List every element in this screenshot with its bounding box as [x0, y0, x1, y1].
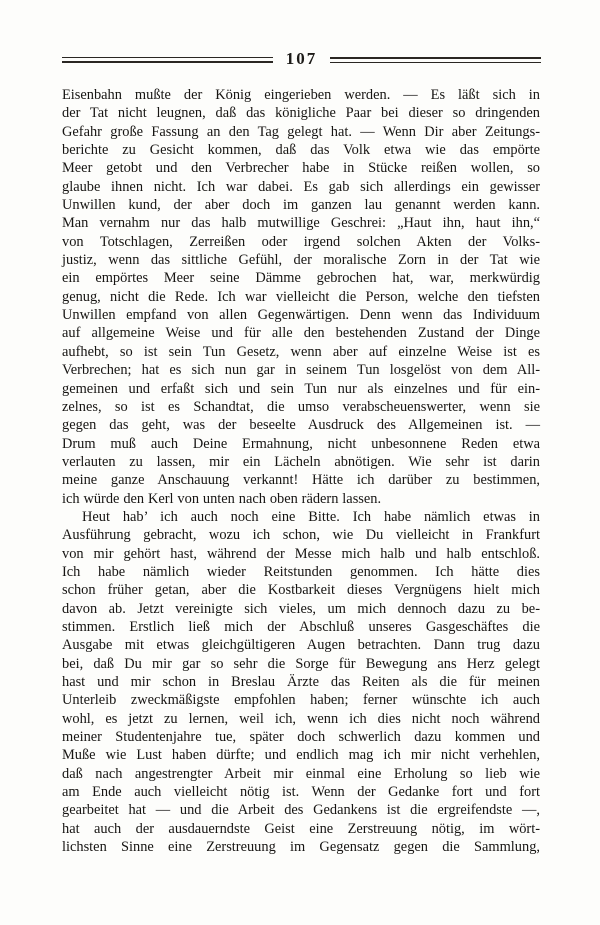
- text-line: Man vernahm nur das halb mutwillige Gesc…: [62, 214, 540, 232]
- text-line: gearbeitet hat — und die Arbeit des Geda…: [62, 801, 540, 819]
- running-head: 107: [62, 51, 541, 69]
- text-line: meiner Studentenjahre tue, später doch s…: [62, 728, 540, 746]
- text-line: hast und mir schon in Breslau Ärzte das …: [62, 673, 540, 691]
- text-line: ein empörtes Meer seine Dämme gebrochen …: [62, 269, 540, 287]
- text-line: zelnes, so ist es Schandtat, die umso ve…: [62, 398, 540, 416]
- text-line: Ausführung gebracht, wozu ich schon, wie…: [62, 526, 540, 544]
- text-line: stimmen. Erstlich ließ mich der Abschluß…: [62, 618, 540, 636]
- text-line: Verbrechen; hat es sich nun gar in seine…: [62, 361, 540, 379]
- text-line: justiz, wenn das sittliche Gefühl, der m…: [62, 251, 540, 269]
- text-line: Ausgabe mit etwas gleichgültigeren Augen…: [62, 636, 540, 654]
- book-page: 107 Eisenbahn mußte der König eingeriebe…: [0, 0, 600, 925]
- text-line: Heut hab’ ich auch noch eine Bitte. Ich …: [62, 508, 540, 526]
- text-line: Drum muß auch Deine Ermahnung, nicht unb…: [62, 435, 540, 453]
- text-line: Gefahr große Fassung an den Tag gelegt h…: [62, 123, 540, 141]
- text-line: ich würde den Kerl von unten nach oben r…: [62, 490, 540, 508]
- text-line: von Totschlagen, Zerreißen oder irgend s…: [62, 233, 540, 251]
- text-line: Eisenbahn mußte der König eingerieben we…: [62, 86, 540, 104]
- text-line: daß nach angestrengter Arbeit mir einmal…: [62, 765, 540, 783]
- page-number: 107: [273, 49, 331, 69]
- text-line: gegen das geht, was der beseelte Ausdruc…: [62, 416, 540, 434]
- text-line: gemeinen und erfaßt sich und sein Tun nu…: [62, 380, 540, 398]
- text-line: aufhebt, so ist sein Tun Gesetz, wenn ab…: [62, 343, 540, 361]
- body-text: Eisenbahn mußte der König eingerieben we…: [62, 86, 540, 856]
- text-line: Ich habe nämlich wieder Reitstunden geno…: [62, 563, 540, 581]
- text-line: hat auch der ausdauerndste Geist eine Ze…: [62, 820, 540, 838]
- text-line: Meer getobt und den Verbrecher habe in S…: [62, 159, 540, 177]
- text-line: verlauten zu lassen, mir ein Lächeln abn…: [62, 453, 540, 471]
- text-line: Muße wie Lust haben dürfte; und endlich …: [62, 746, 540, 764]
- text-line: lichsten Sinne eine Zerstreuung im Gegen…: [62, 838, 540, 856]
- header-rule-right: [330, 57, 541, 63]
- text-line: der Tat nicht leugnen, daß das königlich…: [62, 104, 540, 122]
- text-line: glaube ihnen nicht. Ich war dabei. Es ga…: [62, 178, 540, 196]
- text-line: meine ganze Anschauung verkannt! Hätte i…: [62, 471, 540, 489]
- text-line: von mir gehört hast, während der Messe m…: [62, 545, 540, 563]
- header-rule-left: [62, 57, 273, 63]
- text-line: berichte zu Gesicht kommen, daß das Volk…: [62, 141, 540, 159]
- text-line: bei, daß Du mir gar so sehr die Sorge fü…: [62, 655, 540, 673]
- text-line: Unwillen kund, der aber doch im ganzen l…: [62, 196, 540, 214]
- text-line: davon ab. Jetzt vereinigte sich vieles, …: [62, 600, 540, 618]
- text-line: genug, nicht die Rede. Ich war vielleich…: [62, 288, 540, 306]
- text-line: wohl, es jetzt zu lernen, weil ich, wenn…: [62, 710, 540, 728]
- text-line: Unterleib zweckmäßigste empfohlen haben;…: [62, 691, 540, 709]
- text-line: auf allgemeine Weise und für alle den be…: [62, 324, 540, 342]
- text-line: am Ende auch vielleicht nötig ist. Wenn …: [62, 783, 540, 801]
- text-line: schon früher getan, aber die Kostbarkeit…: [62, 581, 540, 599]
- text-line: Unwillen empfand von allen Gegenwärtigen…: [62, 306, 540, 324]
